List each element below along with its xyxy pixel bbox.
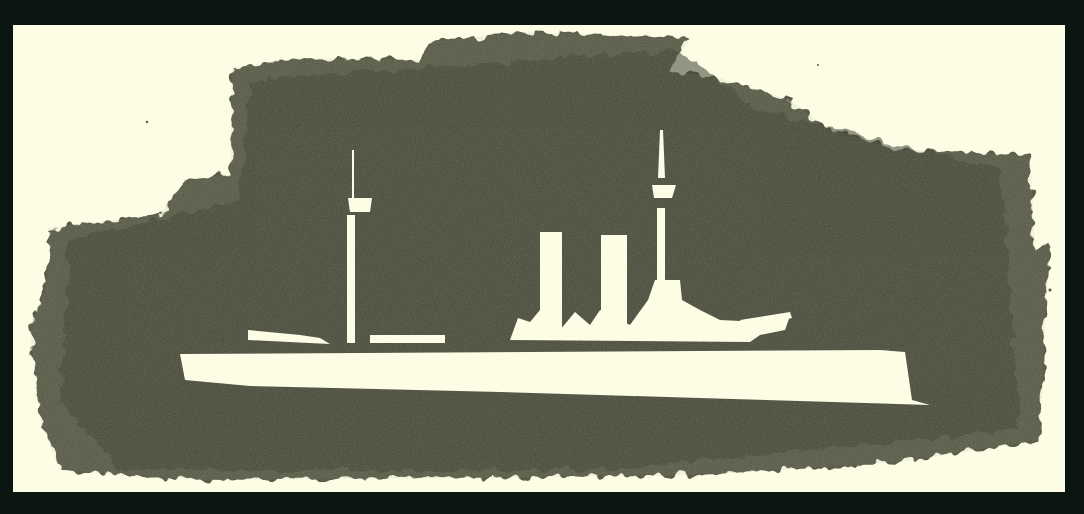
fore-fighting-top: [652, 185, 676, 198]
aft-deckhouse: [370, 335, 445, 343]
ship-print: [0, 0, 1084, 514]
aft-mast: [347, 215, 355, 343]
aft-topmast: [352, 150, 354, 200]
aft-fighting-top: [348, 198, 372, 212]
fore-mast: [657, 208, 665, 298]
